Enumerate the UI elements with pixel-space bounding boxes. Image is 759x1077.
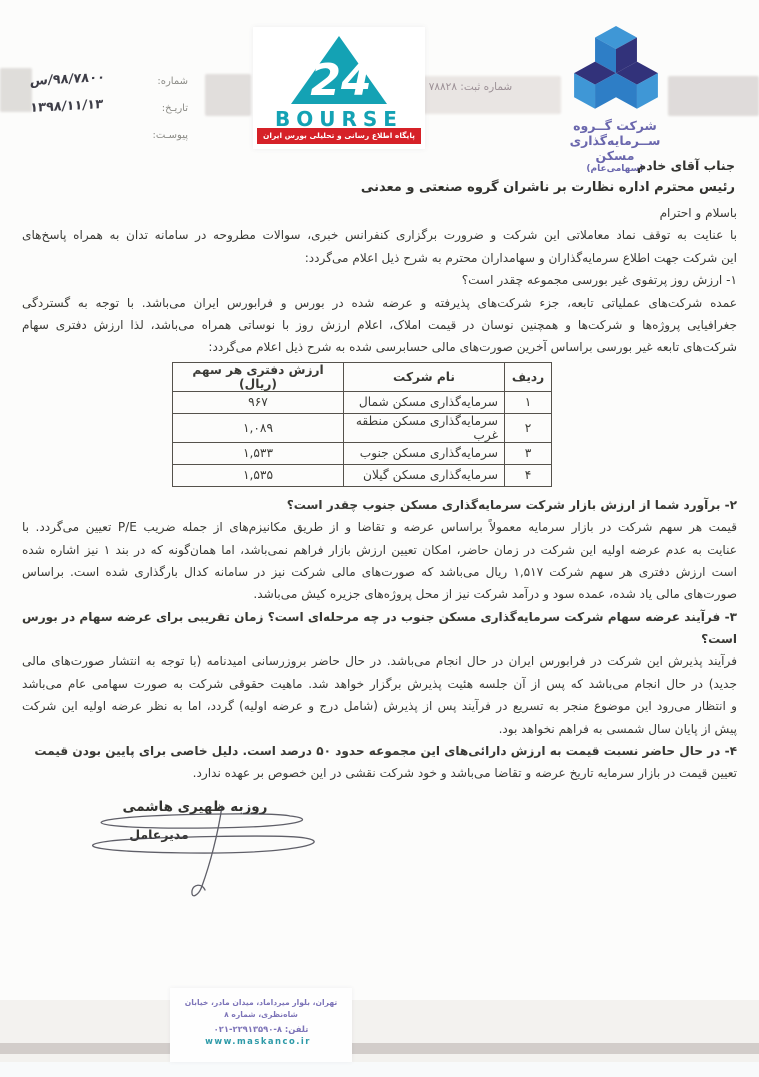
company-name-line1: شرکت گــروه xyxy=(553,118,677,133)
footer-address: تهران، بلوار میرداماد، میدان مادر، خیابا… xyxy=(170,997,352,1021)
letter-line: و انتظار می‌رود این موضوع منجر به تسریع … xyxy=(22,695,737,717)
row-number-cell: ۱ xyxy=(505,391,552,413)
scanned-letter-page: شماره: س/۹۸/۷۸۰۰ تاریـخ: ۱۳۹۸/۱۱/۱۳ پیوس… xyxy=(0,0,759,1077)
addressee-block: جناب آقای خادم رئیس محترم اداره نظارت بر… xyxy=(24,156,735,200)
letter-line: ۴- در حال حاضر نسبت قیمت به ارزش دارائی‌… xyxy=(22,740,737,762)
letter-line: جدید) در حال انجام می‌باشد که پس از آن ج… xyxy=(22,673,737,695)
addressee-name: جناب آقای خادم xyxy=(24,156,735,176)
letter-line: صورت‌های مالی یاد شده، عمده سود و درآمد … xyxy=(22,583,737,605)
company-name-cell: سرمایه‌گذاری مسکن شمال xyxy=(344,391,505,413)
table-row: ۱سرمایه‌گذاری مسکن شمال۹۶۷ xyxy=(173,391,552,413)
row-number-cell: ۲ xyxy=(505,413,552,442)
registration-number: شماره ثبت: ۷۸۸۲۸ xyxy=(388,81,553,93)
col-header-book-value: ارزش دفتری هر سهم (ریال) xyxy=(173,362,344,391)
letter-line: عمده شرکت‌های عملیاتی تابعه، جزء شرکت‌ها… xyxy=(22,292,737,314)
scan-artifact xyxy=(668,76,759,116)
ref-date-value: ۱۳۹۸/۱۱/۱۳ xyxy=(30,97,104,116)
letter-line: تعیین قیمت در بازار سرمایه تاریخ عرضه و … xyxy=(22,762,737,784)
footer-website: www.maskanco.ir xyxy=(205,1036,311,1046)
bourse-triangle-icon: 24 xyxy=(287,33,391,107)
table-header-row: ردیف نام شرکت ارزش دفتری هر سهم (ریال) xyxy=(173,362,552,391)
letter-line: است ارزش دفتری هر سهم شرکت ۱,۵۱۷ ریال می… xyxy=(22,561,737,583)
letterhead-footer: تهران، بلوار میرداماد، میدان مادر، خیابا… xyxy=(170,988,352,1062)
company-name-cell: سرمایه‌گذاری مسکن منطقه غرب xyxy=(344,413,505,442)
book-value-cell: ۱,۵۳۵ xyxy=(173,464,344,486)
table-row: ۲سرمایه‌گذاری مسکن منطقه غرب۱,۰۸۹ xyxy=(173,413,552,442)
book-value-cell: ۱,۰۸۹ xyxy=(173,413,344,442)
scan-page-edge xyxy=(0,1062,759,1077)
letter-line: ۲- برآورد شما از ارزش بازار شرکت سرمایه‌… xyxy=(22,494,737,516)
table-row: ۴سرمایه‌گذاری مسکن گیلان۱,۵۳۵ xyxy=(173,464,552,486)
company-name-cell: سرمایه‌گذاری مسکن جنوب xyxy=(344,442,505,464)
letter-line: ۳- فرآیند عرضه سهام شرکت سرمایه‌گذاری مس… xyxy=(22,606,737,628)
letter-line: این شرکت جهت اطلاع سرمایه‌گذاران و سهامد… xyxy=(22,247,737,269)
row-number-cell: ۴ xyxy=(505,464,552,486)
book-value-cell: ۹۶۷ xyxy=(173,391,344,413)
letter-line: عنایت به عدم عرضه اولیه این شرکت در زمان… xyxy=(22,539,737,561)
ref-number-value: س/۹۸/۷۸۰۰ xyxy=(30,70,106,89)
row-number-cell: ۳ xyxy=(505,442,552,464)
letter-body: باسلام و احترام با عنایت به توقف نماد مع… xyxy=(22,202,737,785)
svg-text:24: 24 xyxy=(310,55,371,106)
table-row: ۳سرمایه‌گذاری مسکن جنوب۱,۵۳۳ xyxy=(173,442,552,464)
addressee-title: رئیس محترم اداره نظارت بر ناشران گروه صن… xyxy=(24,176,735,200)
bourse-tagline: پایگاه اطلاع رسانی و تحلیلی بورس ایران xyxy=(257,128,421,144)
letter-line: فرآیند پذیرش این شرکت در فرابورس ایران د… xyxy=(22,650,737,672)
scan-shadow-band xyxy=(0,1043,759,1054)
company-name-cell: سرمایه‌گذاری مسکن گیلان xyxy=(344,464,505,486)
footer-phone-number: ۰۲۱-۲۲۹۱۳۵۹۰-۸ xyxy=(214,1023,282,1035)
footer-contact-line: تلفن: ۰۲۱-۲۲۹۱۳۵۹۰-۸ www.maskanco.ir xyxy=(170,1023,352,1047)
ref-date-row: تاریـخ: ۱۳۹۸/۱۱/۱۳ xyxy=(30,99,188,126)
letter-line: شرکت‌های تابعه غیر بورسی براساس آخرین صو… xyxy=(22,336,737,358)
book-value-cell: ۱,۵۳۳ xyxy=(173,442,344,464)
ref-attachment-label: پیوسـت: xyxy=(153,126,188,141)
ref-number-label: شماره: xyxy=(157,72,188,87)
footer-phone-label: تلفن: xyxy=(285,1024,308,1034)
col-header-company-name: نام شرکت xyxy=(344,362,505,391)
company-cubes-icon xyxy=(574,26,658,114)
ref-attachment-row: پیوسـت: xyxy=(30,126,188,153)
col-header-row-number: ردیف xyxy=(505,362,552,391)
ref-date-label: تاریـخ: xyxy=(162,99,188,114)
salutation: باسلام و احترام xyxy=(22,202,737,224)
letter-reference-block: شماره: س/۹۸/۷۸۰۰ تاریـخ: ۱۳۹۸/۱۱/۱۳ پیوس… xyxy=(30,72,188,153)
bourse-wordmark: BOURSE xyxy=(253,109,425,129)
subsidiaries-book-value-table: ردیف نام شرکت ارزش دفتری هر سهم (ریال) ۱… xyxy=(172,362,552,487)
company-name-line2: ســرمایه‌گذاری xyxy=(553,133,677,148)
ref-number-row: شماره: س/۹۸/۷۸۰۰ xyxy=(30,72,188,99)
letter-line: قیمت هر سهم شرکت در بازار سرمایه معمولاً… xyxy=(22,516,737,538)
scan-artifact xyxy=(205,74,251,116)
letter-line: جغرافیایی پروژه‌ها و شرکت‌ها و همچنین نو… xyxy=(22,314,737,336)
body-paragraphs-after-table: ۲- برآورد شما از ارزش بازار شرکت سرمایه‌… xyxy=(22,494,737,785)
letter-line: است؟ xyxy=(22,628,737,650)
letter-line: با عنایت به توقف نماد معاملاتی این شرکت … xyxy=(22,224,737,246)
handwritten-signature xyxy=(50,794,330,914)
letter-line: پیش از پایان سال شمسی به فراهم نخواهد بو… xyxy=(22,718,737,740)
scan-artifact xyxy=(0,68,32,112)
letter-line: ۱- ارزش روز پرتفوی غیر بورسی مجموعه چقدر… xyxy=(22,269,737,291)
body-paragraphs-before-table: با عنایت به توقف نماد معاملاتی این شرکت … xyxy=(22,224,737,358)
